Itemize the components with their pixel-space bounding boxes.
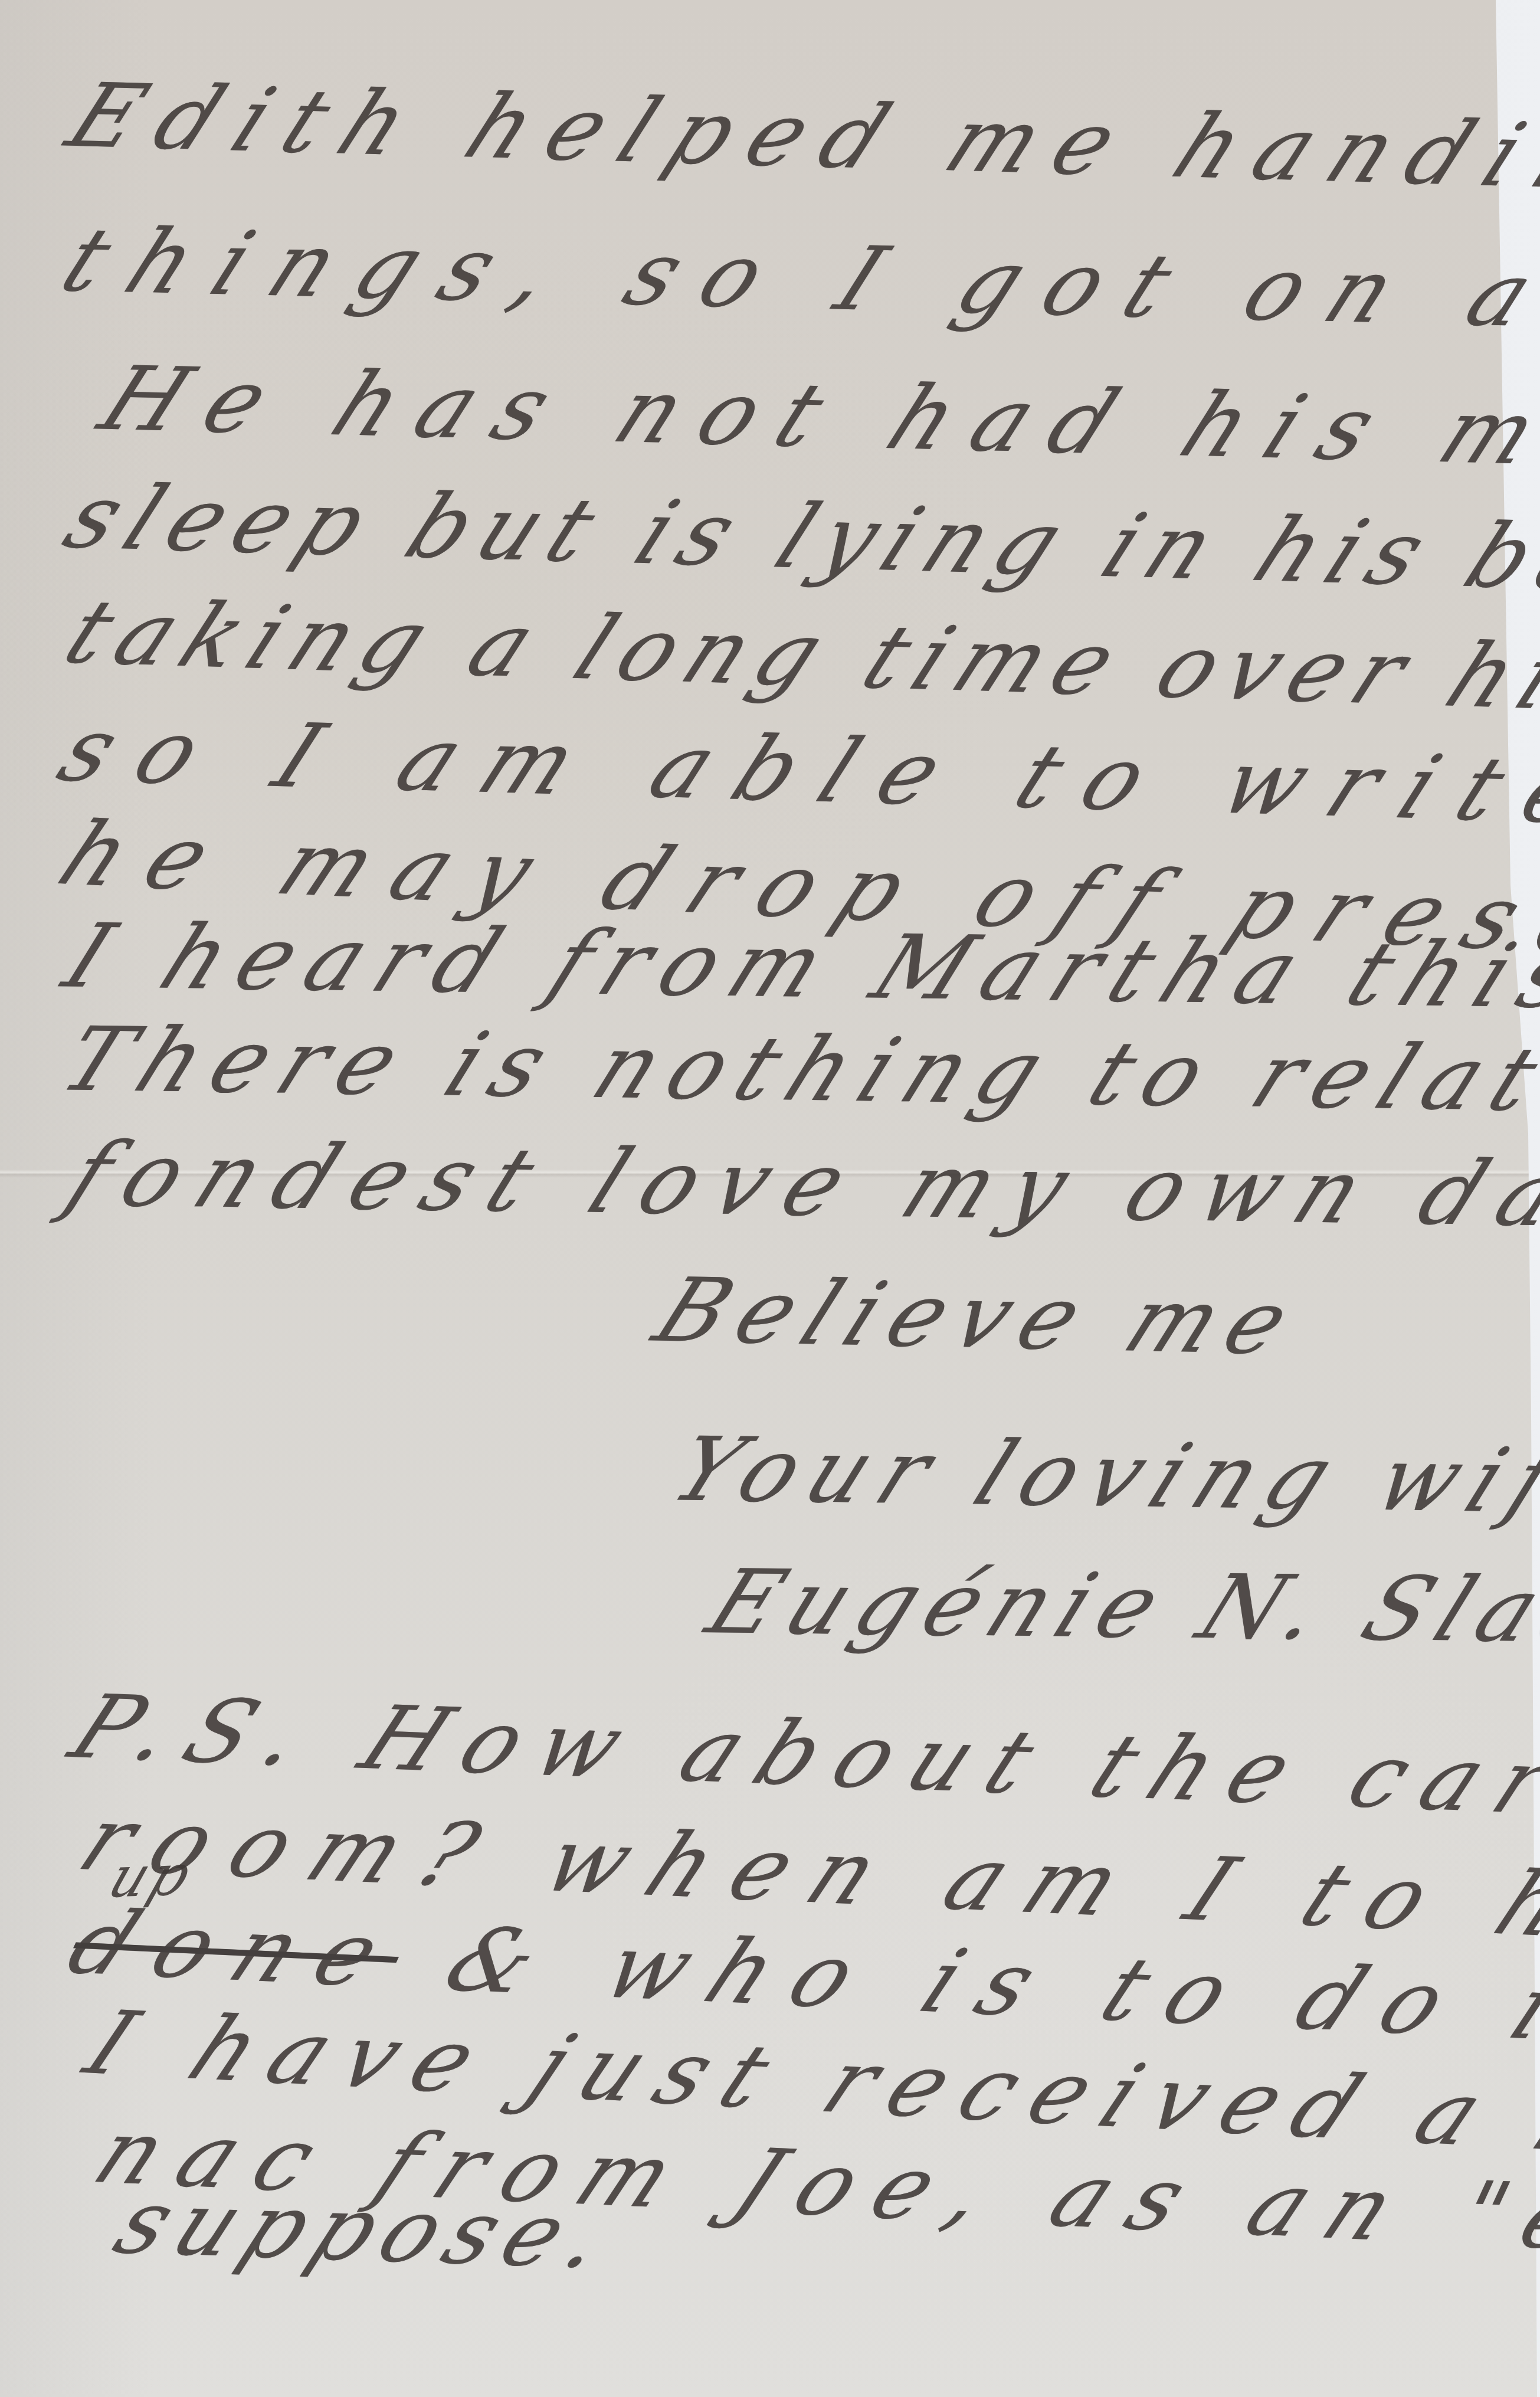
body-line-3: He has not had his morning: [89, 355, 1540, 489]
struck-word: done: [53, 1892, 422, 2007]
body-line-10: fondest love my own darling: [56, 1131, 1540, 1244]
complimentary-close: Your loving wife: [661, 1426, 1540, 1527]
body-line-1: Edith helped me handing me the: [56, 72, 1540, 218]
signature: Eugénie N. Sladden.: [696, 1558, 1540, 1659]
letter-text: Edith helped me handing me the things, s…: [0, 0, 1540, 2397]
postscript-line-6: suppose.: [103, 2179, 631, 2281]
valediction: Believe me: [643, 1266, 1315, 1367]
body-line-2: things, so I got on all right.: [50, 217, 1540, 355]
body-line-9: There is nothing to relate so with: [50, 1016, 1540, 1132]
